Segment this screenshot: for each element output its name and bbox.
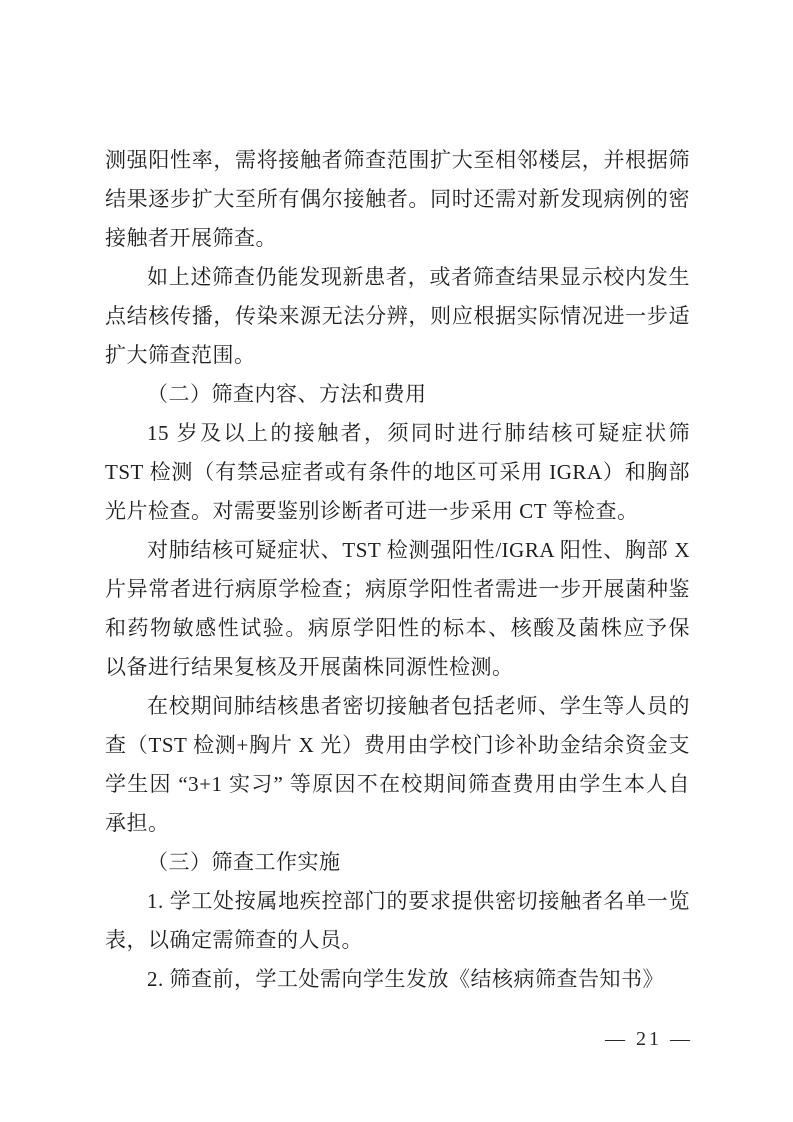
para-item-1-contact-list: 1. 学工处按属地疾控部门的要求提供密切接触者名单一览表，以确定需筛查的人员。 bbox=[105, 882, 690, 960]
document-body: 测强阳性率，需将接触者筛查范围扩大至相邻楼层，并根据筛查结果逐步扩大至所有偶尔接… bbox=[105, 141, 690, 999]
text-line: 表，以确定需筛查的人员。 bbox=[105, 921, 690, 960]
text-line: 点结核传播，传染来源无法分辨，则应根据实际情况进一步适当 bbox=[105, 297, 690, 336]
text-line: 和药物敏感性试验。病原学阳性的标本、核酸及菌株应予保留， bbox=[105, 609, 690, 648]
text-line: 查（TST 检测+胸片 X 光）费用由学校门诊补助金结余资金支付， bbox=[105, 726, 690, 765]
text-line: 如上述筛查仍能发现新患者，或者筛查结果显示校内发生多 bbox=[105, 258, 690, 297]
document-page: 测强阳性率，需将接触者筛查范围扩大至相邻楼层，并根据筛查结果逐步扩大至所有偶尔接… bbox=[0, 0, 793, 1122]
text-line: 承担。 bbox=[105, 804, 690, 843]
text-line: 以备进行结果复核及开展菌株同源性检测。 bbox=[105, 648, 690, 687]
text-line: 片异常者进行病原学检查；病原学阳性者需进一步开展菌种鉴定 bbox=[105, 570, 690, 609]
para-screening-cost: 在校期间肺结核患者密切接触者包括老师、学生等人员的筛查（TST 检测+胸片 X … bbox=[105, 687, 690, 843]
para-pathogen-testing: 对肺结核可疑症状、TST 检测强阳性/IGRA 阳性、胸部 X 光片异常者进行病… bbox=[105, 531, 690, 687]
text-line: 扩大筛查范围。 bbox=[105, 336, 690, 375]
text-line: 2. 筛查前，学工处需向学生发放《结核病筛查告知书》（附 bbox=[105, 960, 690, 999]
para-age-15-screening: 15 岁及以上的接触者，须同时进行肺结核可疑症状筛查、TST 检测（有禁忌症者或… bbox=[105, 414, 690, 531]
heading-line: （三）筛查工作实施 bbox=[105, 843, 690, 882]
text-line: 测强阳性率，需将接触者筛查范围扩大至相邻楼层，并根据筛查 bbox=[105, 141, 690, 180]
heading-line: （二）筛查内容、方法和费用 bbox=[105, 375, 690, 414]
para-item-2-notification: 2. 筛查前，学工处需向学生发放《结核病筛查告知书》（附 bbox=[105, 960, 690, 999]
text-line: 在校期间肺结核患者密切接触者包括老师、学生等人员的筛 bbox=[105, 687, 690, 726]
text-line: 光片检查。对需要鉴别诊断者可进一步采用 CT 等检查。 bbox=[105, 492, 690, 531]
para-further-expand-scope: 如上述筛查仍能发现新患者，或者筛查结果显示校内发生多点结核传播，传染来源无法分辨… bbox=[105, 258, 690, 375]
heading-section-2: （二）筛查内容、方法和费用 bbox=[105, 375, 690, 414]
text-line: 1. 学工处按属地疾控部门的要求提供密切接触者名单一览 bbox=[105, 882, 690, 921]
text-line: 结果逐步扩大至所有偶尔接触者。同时还需对新发现病例的密切 bbox=[105, 180, 690, 219]
para-expand-adjacent-floors: 测强阳性率，需将接触者筛查范围扩大至相邻楼层，并根据筛查结果逐步扩大至所有偶尔接… bbox=[105, 141, 690, 258]
text-line: TST 检测（有禁忌症者或有条件的地区可采用 IGRA）和胸部 X bbox=[105, 453, 690, 492]
text-line: 学生因 “3+1 实习” 等原因不在校期间筛查费用由学生本人自行 bbox=[105, 765, 690, 804]
page-number: — 21 — bbox=[605, 1028, 693, 1051]
text-line: 对肺结核可疑症状、TST 检测强阳性/IGRA 阳性、胸部 X 光 bbox=[105, 531, 690, 570]
text-line: 15 岁及以上的接触者，须同时进行肺结核可疑症状筛查、 bbox=[105, 414, 690, 453]
heading-section-3: （三）筛查工作实施 bbox=[105, 843, 690, 882]
text-line: 接触者开展筛查。 bbox=[105, 219, 690, 258]
